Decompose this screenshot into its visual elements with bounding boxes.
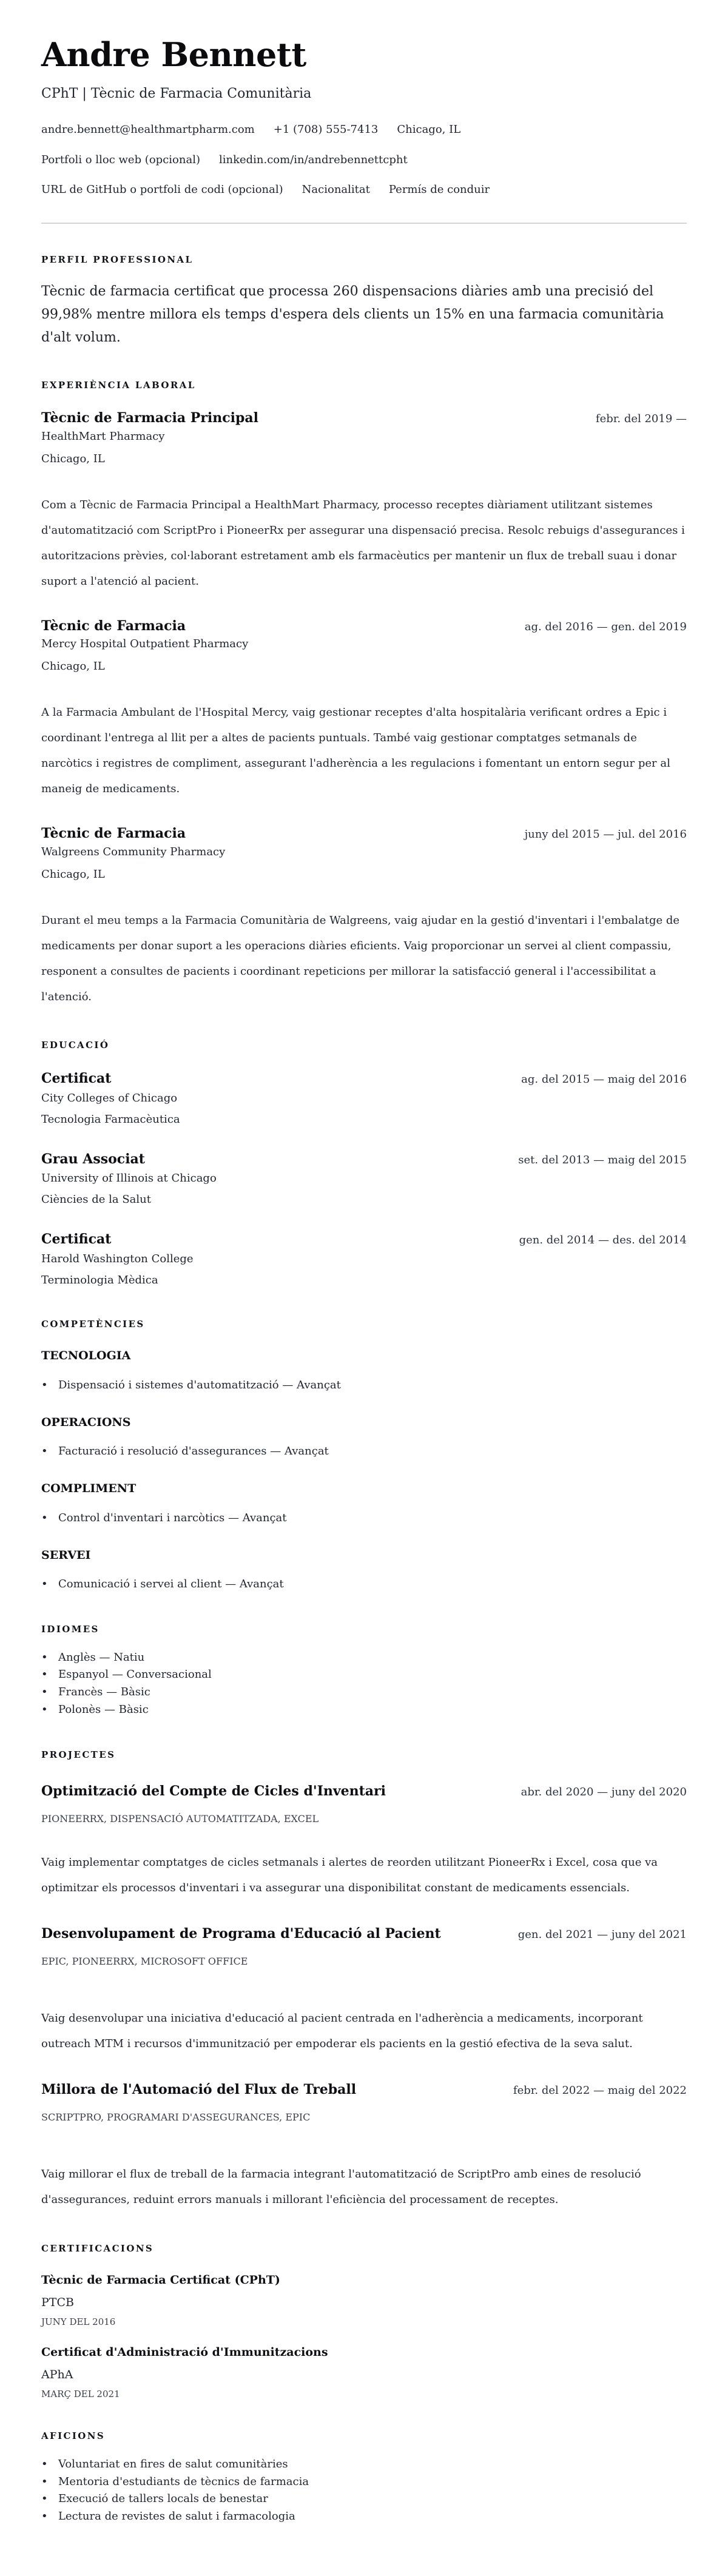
field-of-study: Tecnologia Farmacèutica	[41, 1111, 687, 1128]
skill-item: Control d'inventari i narcòtics — Avança…	[41, 1510, 687, 1527]
language-item: Anglès — Natiu	[41, 1649, 687, 1667]
summary-section: Perfil professional Tècnic de farmacia c…	[41, 254, 687, 349]
job-location: Chicago, IL	[41, 451, 687, 467]
company-name: HealthMart Pharmacy	[41, 428, 687, 445]
resume-header: Andre Bennett CPhT | Tècnic de Farmacia …	[41, 35, 687, 224]
contact-row: URL de GitHub o portfoli de codi (opcion…	[41, 182, 687, 197]
project-name: Optimització del Compte de Cicles d'Inve…	[41, 1783, 386, 1800]
field-of-study: Ciències de la Salut	[41, 1191, 687, 1208]
location: Chicago, IL	[397, 122, 460, 137]
project-tags: Epic, PioneerRx, Microsoft Office	[41, 1955, 687, 1968]
skill-item: Comunicació i servei al client — Avançat	[41, 1576, 687, 1593]
job-title: Tècnic de Farmacia	[41, 825, 186, 842]
skill-list: Dispensació i sistemes d'automatització …	[41, 1377, 687, 1394]
section-title: Experiència laboral	[41, 380, 687, 392]
skill-category: Servei	[41, 1548, 687, 1563]
certification-entry: Tècnic de Farmacia Certificat (CPhT) PTC…	[41, 2273, 687, 2328]
project-description: Vaig millorar el flux de treball de la f…	[41, 2162, 687, 2213]
section-title: Projectes	[41, 1749, 687, 1761]
job-location: Chicago, IL	[41, 658, 687, 674]
section-title: Educació	[41, 1040, 687, 1052]
section-title: Competències	[41, 1319, 687, 1331]
certification-name: Certificat d'Administració d'Immunitzaci…	[41, 2345, 687, 2360]
company-name: Mercy Hospital Outpatient Pharmacy	[41, 636, 687, 652]
degree: Certificat	[41, 1231, 111, 1248]
company-name: Walgreens Community Pharmacy	[41, 844, 687, 860]
github-link[interactable]: URL de GitHub o portfoli de codi (opcion…	[41, 182, 283, 197]
language-item: Espanyol — Conversacional	[41, 1666, 687, 1684]
hobby-list: Voluntariat en fires de salut comunitàri…	[41, 2456, 687, 2526]
project-dates: abr. del 2020 — juny del 2020	[521, 1785, 687, 1799]
project-dates: gen. del 2021 — juny del 2021	[518, 1928, 687, 1942]
certification-name: Tècnic de Farmacia Certificat (CPhT)	[41, 2273, 687, 2288]
summary-text: Tècnic de farmacia certificat que proces…	[41, 280, 687, 349]
experience-entry: Tècnic de Farmacia Principal febr. del 2…	[41, 409, 687, 594]
education-entry: Certificat ag. del 2015 — maig del 2016 …	[41, 1070, 687, 1128]
driving-license: Permís de conduir	[389, 182, 490, 197]
project-dates: febr. del 2022 — maig del 2022	[513, 2083, 687, 2097]
education-entry: Grau Associat set. del 2013 — maig del 2…	[41, 1151, 687, 1208]
job-dates: ag. del 2016 — gen. del 2019	[525, 620, 687, 634]
section-title: Aficions	[41, 2430, 687, 2443]
education-section: Educació Certificat ag. del 2015 — maig …	[41, 1040, 687, 1288]
job-description: Durant el meu temps a la Farmacia Comuni…	[41, 908, 687, 1010]
linkedin-link[interactable]: linkedin.com/in/andrebennettcpht	[219, 152, 408, 167]
job-description: Com a Tècnic de Farmacia Principal a Hea…	[41, 493, 687, 594]
candidate-name: Andre Bennett	[41, 35, 687, 75]
school-name: City Colleges of Chicago	[41, 1090, 687, 1106]
project-name: Millora de l'Automació del Flux de Treba…	[41, 2081, 356, 2099]
degree: Grau Associat	[41, 1151, 145, 1168]
section-title: Certificacions	[41, 2243, 687, 2255]
field-of-study: Terminologia Mèdica	[41, 1272, 687, 1288]
hobby-item: Voluntariat en fires de salut comunitàri…	[41, 2456, 687, 2473]
skill-list: Comunicació i servei al client — Avançat	[41, 1576, 687, 1593]
language-item: Polonès — Bàsic	[41, 1701, 687, 1719]
project-tags: PioneerRx, Dispensació automatitzada, Ex…	[41, 1812, 687, 1826]
job-location: Chicago, IL	[41, 866, 687, 883]
contact-info: andre.bennett@healthmartpharm.com +1 (70…	[41, 122, 687, 197]
school-name: University of Illinois at Chicago	[41, 1170, 687, 1186]
skill-list: Control d'inventari i narcòtics — Avança…	[41, 1510, 687, 1527]
hobby-item: Mentoria d'estudiants de tècnics de farm…	[41, 2473, 687, 2491]
skill-list: Facturació i resolució d'assegurances — …	[41, 1443, 687, 1461]
skill-category: Compliment	[41, 1481, 687, 1496]
section-title: Idiomes	[41, 1624, 687, 1636]
project-tags: ScriptPro, Programari d'assegurances, Ep…	[41, 2111, 687, 2124]
job-dates: juny del 2015 — jul. del 2016	[525, 827, 687, 841]
project-entry: Desenvolupament de Programa d'Educació a…	[41, 1925, 687, 2057]
project-entry: Millora de l'Automació del Flux de Treba…	[41, 2081, 687, 2213]
certification-issuer: APhA	[41, 2367, 687, 2383]
contact-row: andre.bennett@healthmartpharm.com +1 (70…	[41, 122, 687, 137]
languages-section: Idiomes Anglès — Natiu Espanyol — Conver…	[41, 1624, 687, 1719]
nationality: Nacionalitat	[302, 182, 370, 197]
job-description: A la Farmacia Ambulant de l'Hospital Mer…	[41, 700, 687, 802]
phone-number[interactable]: +1 (708) 555-7413	[274, 122, 379, 137]
job-dates: febr. del 2019 —	[596, 412, 687, 426]
experience-section: Experiència laboral Tècnic de Farmacia P…	[41, 380, 687, 1010]
job-title: Tècnic de Farmacia	[41, 617, 186, 635]
skills-section: Competències Tecnologia Dispensació i si…	[41, 1319, 687, 1593]
skill-item: Facturació i resolució d'assegurances — …	[41, 1443, 687, 1461]
skill-category: Operacions	[41, 1415, 687, 1430]
language-list: Anglès — Natiu Espanyol — Conversacional…	[41, 1649, 687, 1719]
projects-section: Projectes Optimització del Compte de Cic…	[41, 1749, 687, 2213]
certification-date: Març del 2021	[41, 2389, 687, 2401]
project-description: Vaig desenvolupar una iniciativa d'educa…	[41, 2006, 687, 2057]
education-dates: gen. del 2014 — des. del 2014	[519, 1233, 687, 1247]
hobby-item: Lectura de revistes de salut i farmacolo…	[41, 2508, 687, 2526]
project-description: Vaig implementar comptatges de cicles se…	[41, 1850, 687, 1901]
section-title: Perfil professional	[41, 254, 687, 266]
project-entry: Optimització del Compte de Cicles d'Inve…	[41, 1783, 687, 1901]
education-dates: set. del 2013 — maig del 2015	[518, 1153, 687, 1167]
degree: Certificat	[41, 1070, 111, 1088]
skill-item: Dispensació i sistemes d'automatització …	[41, 1377, 687, 1394]
resume-page: Andre Bennett CPhT | Tècnic de Farmacia …	[0, 0, 728, 2562]
header-divider	[41, 223, 687, 224]
education-entry: Certificat gen. del 2014 — des. del 2014…	[41, 1231, 687, 1288]
skill-category: Tecnologia	[41, 1348, 687, 1364]
email-link[interactable]: andre.bennett@healthmartpharm.com	[41, 122, 255, 137]
experience-entry: Tècnic de Farmacia juny del 2015 — jul. …	[41, 825, 687, 1009]
education-dates: ag. del 2015 — maig del 2016	[521, 1072, 687, 1086]
hobby-item: Execució de tallers locals de benestar	[41, 2490, 687, 2508]
candidate-headline: CPhT | Tècnic de Farmacia Comunitària	[41, 86, 687, 103]
certification-date: Juny del 2016	[41, 2316, 687, 2329]
certification-entry: Certificat d'Administració d'Immunitzaci…	[41, 2345, 687, 2400]
contact-row: Portfoli o lloc web (opcional) linkedin.…	[41, 152, 687, 167]
experience-entry: Tècnic de Farmacia ag. del 2016 — gen. d…	[41, 617, 687, 802]
certifications-section: Certificacions Tècnic de Farmacia Certif…	[41, 2243, 687, 2400]
project-name: Desenvolupament de Programa d'Educació a…	[41, 1925, 441, 1943]
school-name: Harold Washington College	[41, 1251, 687, 1267]
hobbies-section: Aficions Voluntariat en fires de salut c…	[41, 2430, 687, 2526]
portfolio-link[interactable]: Portfoli o lloc web (opcional)	[41, 152, 200, 167]
language-item: Francès — Bàsic	[41, 1684, 687, 1701]
job-title: Tècnic de Farmacia Principal	[41, 409, 258, 427]
certification-issuer: PTCB	[41, 2295, 687, 2310]
